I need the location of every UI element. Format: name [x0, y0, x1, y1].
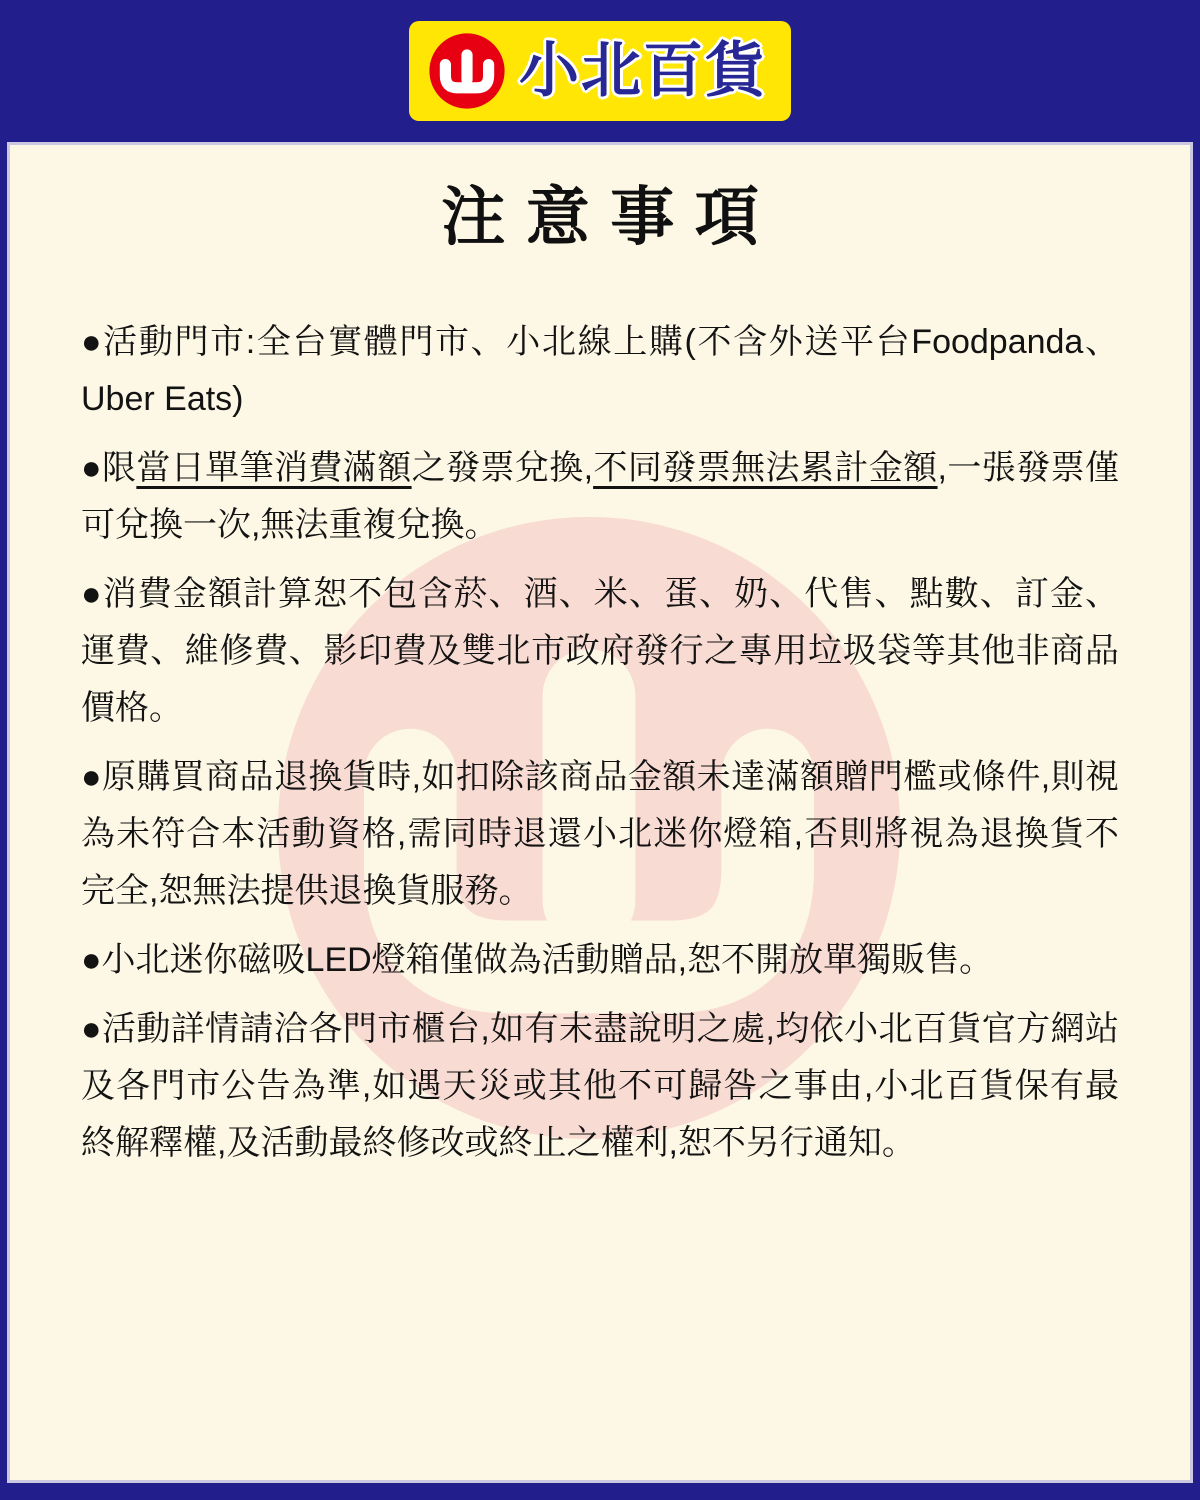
page-title: 注意事項: [10, 179, 1190, 256]
panel-content: 注意事項 ●活動門市:全台實體門市、小北線上購(不含外送平台Foodpanda、…: [10, 179, 1190, 1172]
note-text: ●小北迷你磁吸LED燈箱僅做為活動贈品,恕不開放單獨販售。: [81, 941, 993, 979]
notice-panel: 注意事項 ●活動門市:全台實體門市、小北線上購(不含外送平台Foodpanda、…: [7, 142, 1193, 1483]
note-text: ●活動門市:全台實體門市、小北線上購(不含外送平台Foodpanda、Uber …: [81, 323, 1119, 418]
note-item: ●活動詳情請洽各門市櫃台,如有未盡說明之處,均依小北百貨官方網站及各門市公告為準…: [81, 1001, 1119, 1172]
brand-header: 小北百貨: [0, 0, 1200, 142]
note-item: ●活動門市:全台實體門市、小北線上購(不含外送平台Foodpanda、Uber …: [81, 314, 1119, 428]
notice-poster: { "brand": { "name": "小北百貨", "logo_icon"…: [0, 0, 1200, 1500]
note-text: 之發票兌換,: [412, 449, 593, 487]
note-item: ●限當日單筆消費滿額之發票兌換,不同發票無法累計金額,一張發票僅可兌換一次,無法…: [81, 440, 1119, 554]
note-text: ●限: [81, 449, 136, 487]
note-item: ●小北迷你磁吸LED燈箱僅做為活動贈品,恕不開放單獨販售。: [81, 932, 1119, 989]
note-item: ●消費金額計算恕不包含菸、酒、米、蛋、奶、代售、點數、訂金、運費、維修費、影印費…: [81, 566, 1119, 737]
brand-logo: 小北百貨: [409, 21, 791, 121]
note-text: ●活動詳情請洽各門市櫃台,如有未盡說明之處,均依小北百貨官方網站及各門市公告為準…: [81, 1010, 1119, 1162]
brand-name: 小北百貨: [519, 41, 767, 101]
note-text: ●消費金額計算恕不包含菸、酒、米、蛋、奶、代售、點數、訂金、運費、維修費、影印費…: [81, 575, 1119, 727]
note-underlined-text: 當日單筆消費滿額: [136, 449, 411, 487]
mountain-mark-icon: [427, 31, 507, 111]
note-text: ●原購買商品退換貨時,如扣除該商品金額未達滿額贈門檻或條件,則視為未符合本活動資…: [81, 758, 1119, 910]
note-underlined-text: 不同發票無法累計金額: [593, 449, 937, 487]
notes-list: ●活動門市:全台實體門市、小北線上購(不含外送平台Foodpanda、Uber …: [10, 314, 1190, 1172]
note-item: ●原購買商品退換貨時,如扣除該商品金額未達滿額贈門檻或條件,則視為未符合本活動資…: [81, 749, 1119, 920]
